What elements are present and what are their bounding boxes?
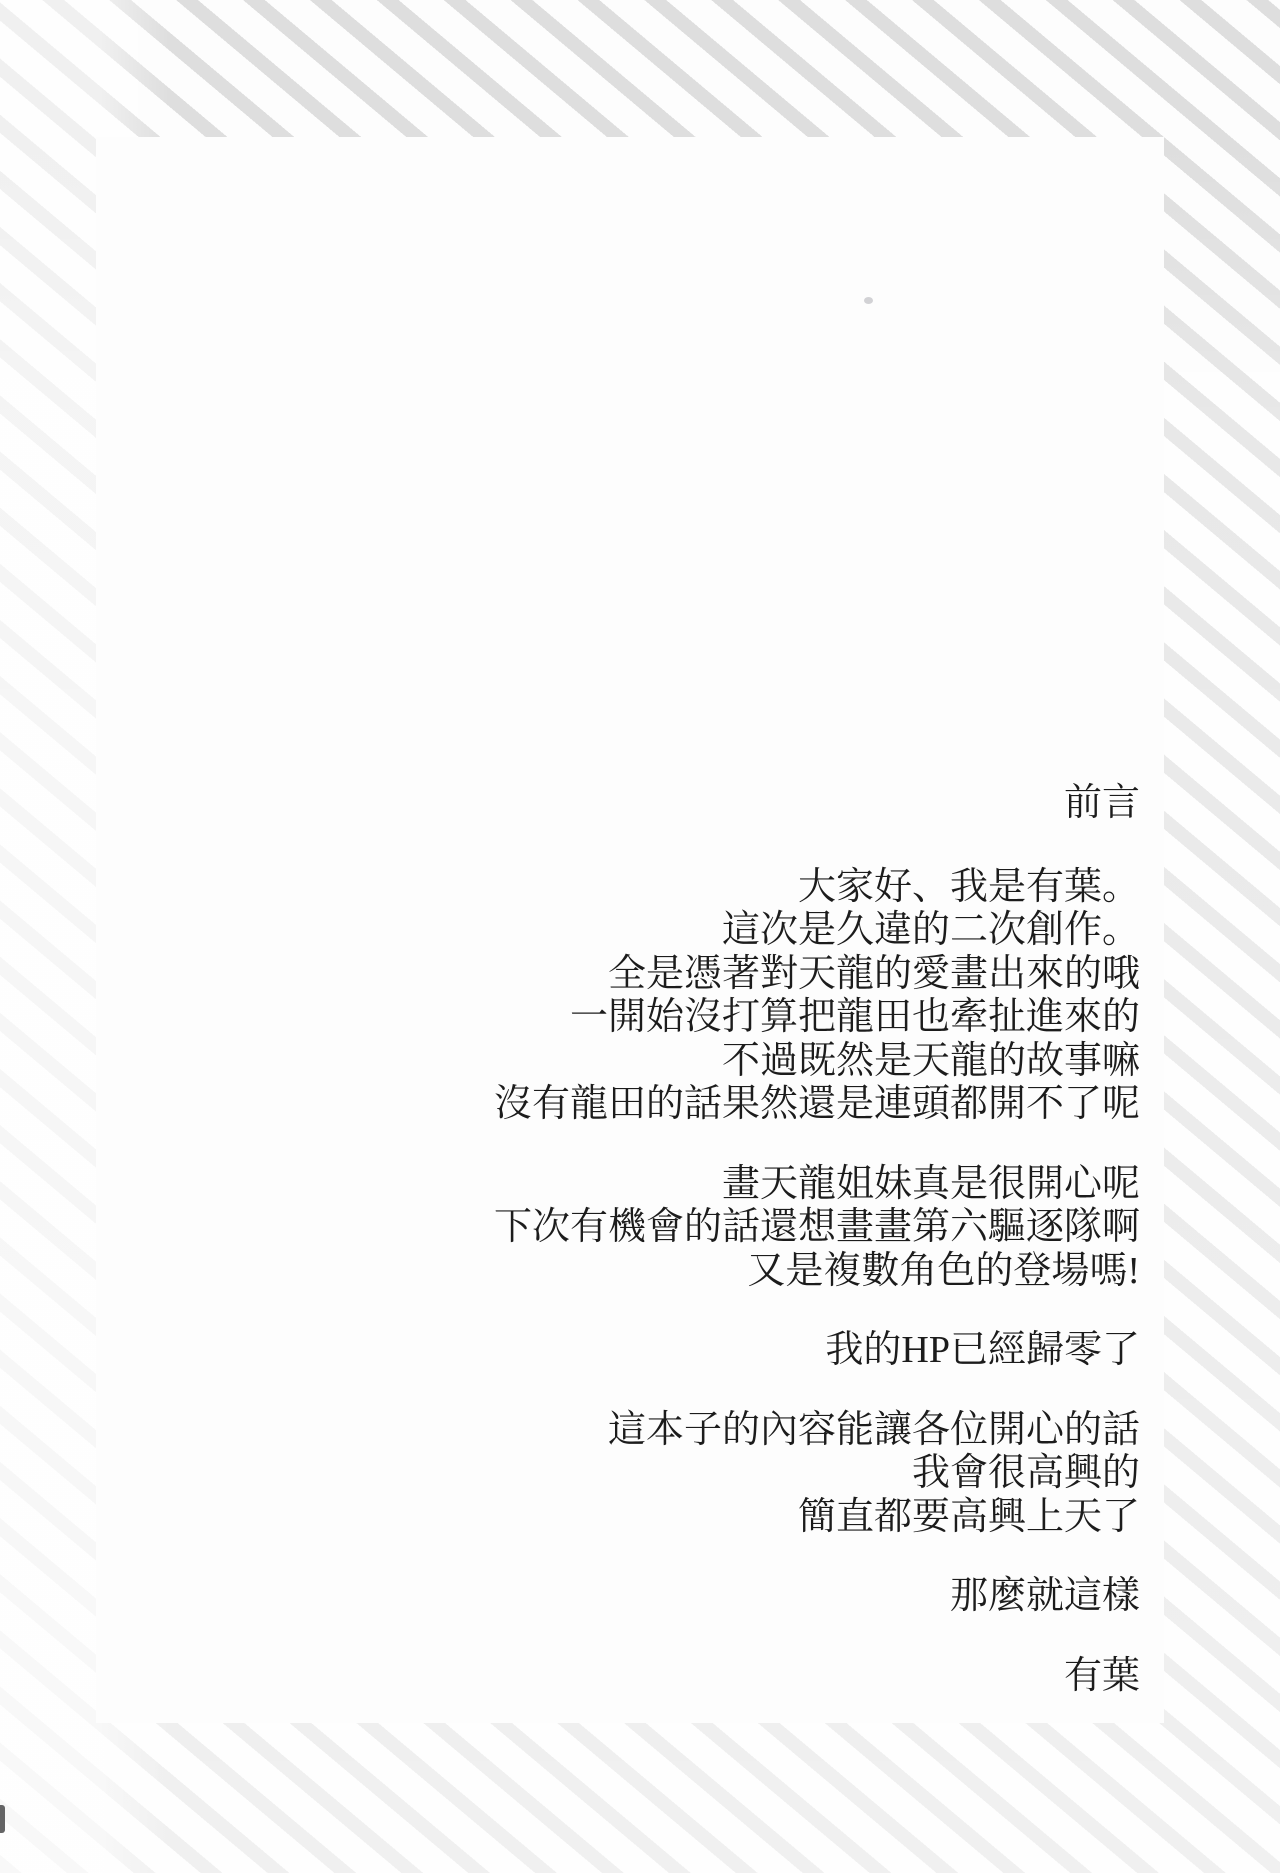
foreword-text-block: 前言 大家好、我是有葉。 這次是久違的二次創作。 全是憑著對天龍的愛畫出來的哦 … xyxy=(494,782,1140,1698)
text-line: 一開始沒打算把龍田也牽扯進來的 xyxy=(494,996,1140,1040)
text-line: 畫天龍姐妹真是很開心呢 xyxy=(494,1163,1140,1207)
text-line: 沒有龍田的話果然還是連頭都開不了呢 xyxy=(494,1083,1140,1127)
text-line: 簡直都要高興上天了 xyxy=(494,1496,1140,1540)
paragraph-hp: 我的HP已經歸零了 xyxy=(494,1329,1140,1373)
paragraph-closing: 那麼就這樣 xyxy=(494,1575,1140,1619)
scanned-doujin-page: 前言 大家好、我是有葉。 這次是久違的二次創作。 全是憑著對天龍的愛畫出來的哦 … xyxy=(0,0,1280,1873)
text-line: 大家好、我是有葉。 xyxy=(494,866,1140,910)
text-line: 我會很高興的 xyxy=(494,1452,1140,1496)
paragraph-sisters: 畫天龍姐妹真是很開心呢 下次有機會的話還想畫畫第六驅逐隊啊 又是複數角色的登場嗎… xyxy=(494,1163,1140,1294)
text-line: 下次有機會的話還想畫畫第六驅逐隊啊 xyxy=(494,1206,1140,1250)
foreword-title: 前言 xyxy=(494,782,1140,826)
signature: 有葉 xyxy=(494,1655,1140,1699)
paragraph-greeting: 大家好、我是有葉。 這次是久違的二次創作。 全是憑著對天龍的愛畫出來的哦 一開始… xyxy=(494,866,1140,1127)
scan-edge-artifact xyxy=(0,1805,5,1833)
author-signature: 有葉 xyxy=(494,1655,1140,1699)
text-line: 這次是久違的二次創作。 xyxy=(494,909,1140,953)
text-line: 這本子的內容能讓各位開心的話 xyxy=(494,1409,1140,1453)
text-line: 那麼就這樣 xyxy=(494,1575,1140,1619)
scan-speck xyxy=(864,297,873,304)
text-line: 不過既然是天龍的故事嘛 xyxy=(494,1040,1140,1084)
text-line: 全是憑著對天龍的愛畫出來的哦 xyxy=(494,953,1140,997)
text-line: 又是複數角色的登場嗎! xyxy=(494,1250,1140,1294)
text-line: 我的HP已經歸零了 xyxy=(494,1329,1140,1373)
paragraph-thanks: 這本子的內容能讓各位開心的話 我會很高興的 簡直都要高興上天了 xyxy=(494,1409,1140,1540)
